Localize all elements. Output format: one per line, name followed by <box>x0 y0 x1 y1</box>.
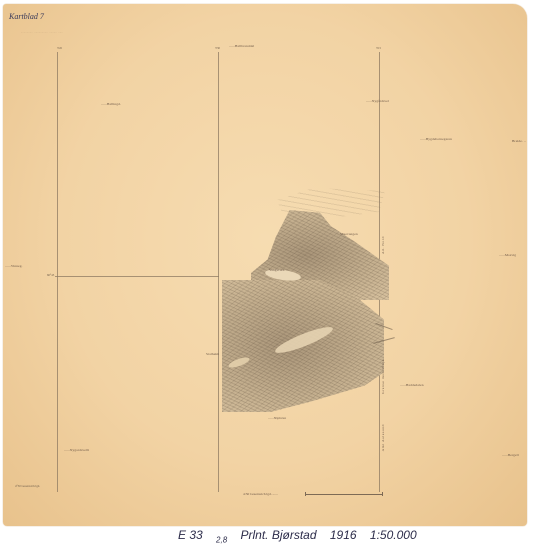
sheet-code: E 33 2,8 <box>178 528 227 542</box>
sheet-code-main: E 33 <box>178 528 203 542</box>
place-label: Vikevangen <box>340 232 358 236</box>
place-label: ......Hallingd. <box>101 102 121 106</box>
place-label: ......Haddedalen <box>400 383 424 387</box>
sheet-code-sub: 2,8 <box>216 535 227 544</box>
place-label: ......Vinneg. <box>5 264 23 268</box>
margin-text-right-2: Grense mod Vinje <box>381 359 385 394</box>
grid-line-vertical-mid <box>218 52 219 492</box>
faint-relief-area <box>265 188 385 218</box>
sheet-year: 1916 <box>330 528 357 542</box>
scale-bar <box>305 494 383 495</box>
grid-line-vertical-left <box>57 52 58 492</box>
grid-tick-top-left: 3'45 <box>57 46 62 50</box>
place-label: Breide. .. <box>512 139 526 143</box>
grid-line-horizontal <box>55 276 219 277</box>
sheet-footer: E 33 2,8 Prlnt. Bjørstad 1916 1:50.000 <box>178 528 427 544</box>
place-label: ......Bergell <box>502 453 519 457</box>
place-label: ......Nygardsvelli <box>64 448 89 452</box>
grid-tick-bottom-left: 4°50 Greenwich lgd. <box>15 484 40 488</box>
sheet-scale: 1:50.000 <box>370 528 417 542</box>
sheet-corner-label: Kartblad 7 <box>9 12 44 21</box>
margin-text-right-3: Amt Aalesund <box>381 424 385 451</box>
margin-text-right-1: Ad. Nord <box>381 236 385 254</box>
place-label: ......Nygårdsvel <box>366 99 389 103</box>
place-label: ......Bygdebotnegaren <box>420 137 452 141</box>
map-sheet: Kartblad 7 ........ ......... ..... ... … <box>3 4 527 526</box>
scale-label: 4:50 Greenwich lgd. ...... <box>243 492 278 496</box>
place-label: ......Hallbranddal <box>229 44 254 48</box>
sheet-corner-sublabel: ........ ......... ..... ... <box>21 29 63 34</box>
sheet-title: Prlnt. Bjørstad <box>241 528 317 542</box>
place-label: ......Nipbrun <box>268 416 286 420</box>
place-label: Stalheim <box>206 352 219 356</box>
grid-tick-top-right: 3'15 <box>376 46 381 50</box>
grid-tick-top-mid: 3'30 <box>215 46 220 50</box>
place-label: Vangsvatn <box>269 268 284 272</box>
grid-tick-left-mid: 60°45 <box>47 273 54 277</box>
place-label: ......Mosvig <box>499 253 516 257</box>
